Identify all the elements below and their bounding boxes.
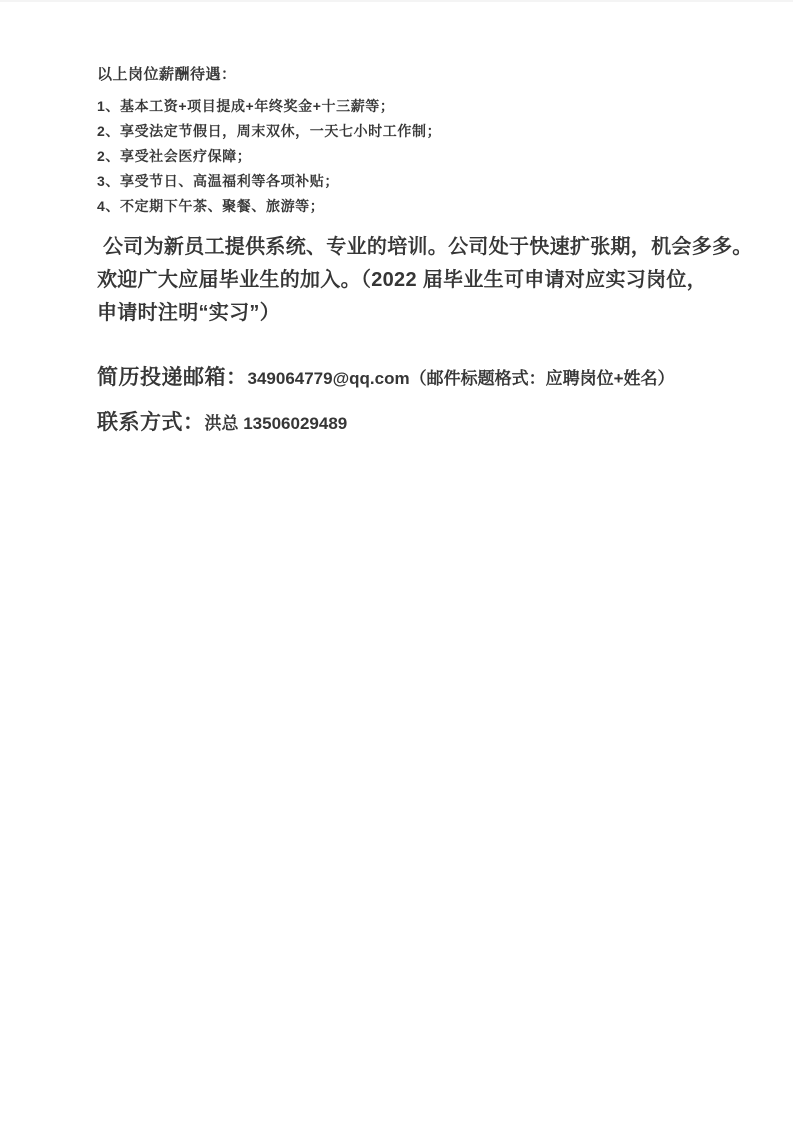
benefit-item-5: 4、不定期下午茶、聚餐、旅游等； bbox=[97, 194, 753, 219]
benefit-item-3: 2、享受社会医疗保障； bbox=[97, 144, 753, 169]
page-top-edge bbox=[0, 0, 793, 2]
intro-line-2: 欢迎广大应届毕业生的加入。（2022 届毕业生可申请对应实习岗位， bbox=[97, 264, 753, 297]
benefit-item-4: 3、享受节日、高温福利等各项补贴； bbox=[97, 169, 753, 194]
intro-line-3: 申请时注明“实习”） bbox=[97, 297, 753, 330]
phone-line: 联系方式：洪总 13506029489 bbox=[97, 408, 753, 440]
benefit-item-2: 2、享受法定节假日，周末双休，一天七小时工作制； bbox=[97, 119, 753, 144]
email-label: 简历投递邮箱： bbox=[97, 366, 248, 389]
benefit-item-1: 1、基本工资+项目提成+年终奖金+十三薪等； bbox=[97, 94, 753, 119]
email-value: 349064779@qq.com（邮件标题格式：应聘岗位+姓名） bbox=[248, 369, 675, 388]
intro-line-1: 公司为新员工提供系统、专业的培训。公司处于快速扩张期，机会多多。 bbox=[97, 231, 753, 264]
benefits-heading: 以上岗位薪酬待遇： bbox=[97, 0, 753, 85]
benefits-list: 1、基本工资+项目提成+年终奖金+十三薪等； 2、享受法定节假日，周末双休，一天… bbox=[97, 94, 753, 219]
email-line: 简历投递邮箱：349064779@qq.com（邮件标题格式：应聘岗位+姓名） bbox=[97, 363, 753, 395]
document-page: 以上岗位薪酬待遇： 1、基本工资+项目提成+年终奖金+十三薪等； 2、享受法定节… bbox=[0, 0, 793, 1122]
phone-label: 联系方式： bbox=[97, 411, 205, 434]
intro-paragraph: 公司为新员工提供系统、专业的培训。公司处于快速扩张期，机会多多。 欢迎广大应届毕… bbox=[97, 231, 753, 330]
phone-value: 洪总 13506029489 bbox=[205, 414, 348, 433]
